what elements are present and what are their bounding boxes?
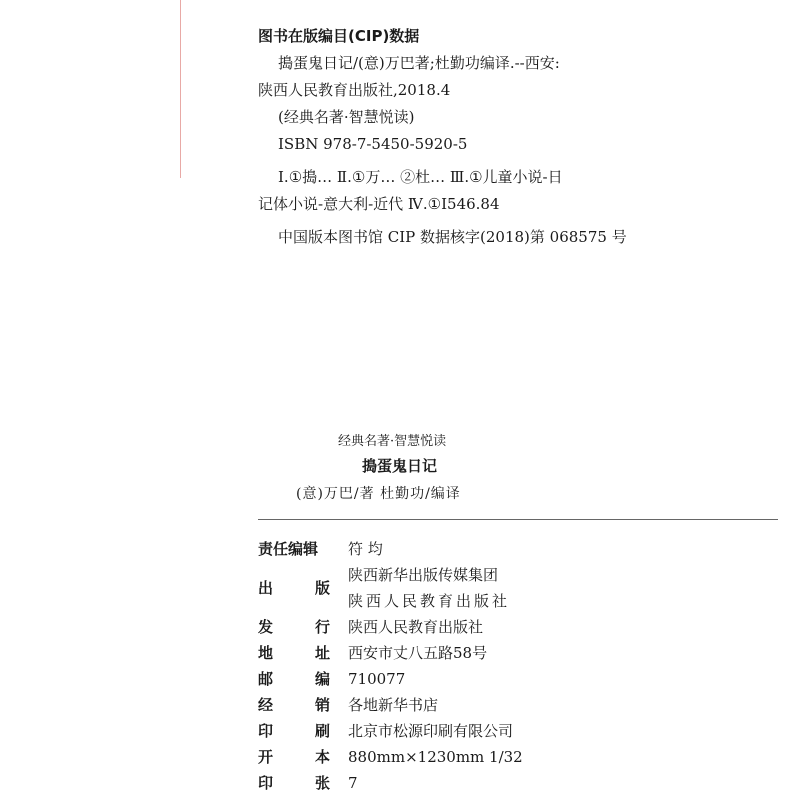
row-postcode: 邮编 710077 — [258, 666, 523, 692]
cip-line: (经典名著·智慧悦读) — [258, 104, 708, 131]
cip-title: 图书在版编目(CIP)数据 — [258, 22, 708, 50]
row-printer: 印刷 北京市松源印刷有限公司 — [258, 718, 523, 744]
row-sheets: 印张 7 — [258, 770, 523, 796]
row-value: 陕西人民教育出版社 — [348, 588, 510, 614]
row-format: 开本 880mm×1230mm 1/32 — [258, 744, 523, 770]
row-editor: 责任编辑 符 均 — [258, 536, 523, 562]
book-title: 搗蛋鬼日记 — [362, 455, 437, 476]
cip-line: 记体小说-意大利-近代 Ⅳ.①I546.84 — [258, 191, 708, 218]
cip-line: Ⅰ.①搗… Ⅱ.①万… ②杜… Ⅲ.①儿童小说-日 — [258, 164, 708, 191]
row-seller: 经销 各地新华书店 — [258, 692, 523, 718]
authors: (意)万巴/著 杜勤功/编译 — [296, 483, 461, 503]
row-label: 出版 — [258, 575, 330, 601]
row-distributor: 发行 陕西人民教育出版社 — [258, 614, 523, 640]
cip-line: 搗蛋鬼日记/(意)万巴著;杜勤功编译.--西安: — [258, 50, 708, 77]
row-publisher: 出版 陕西新华出版传媒集团 陕西人民教育出版社 — [258, 562, 523, 614]
colophon-table: 责任编辑 符 均 出版 陕西新华出版传媒集团 陕西人民教育出版社 发行 陕西人民… — [258, 536, 523, 796]
series-name: 经典名著·智慧悦读 — [338, 430, 446, 449]
divider — [258, 519, 778, 520]
row-address: 地址 西安市丈八五路58号 — [258, 640, 523, 666]
cip-line: 陕西人民教育出版社,2018.4 — [258, 77, 708, 104]
cip-line: ISBN 978-7-5450-5920-5 — [258, 131, 708, 158]
cip-block: 图书在版编目(CIP)数据 搗蛋鬼日记/(意)万巴著;杜勤功编译.--西安: 陕… — [258, 22, 708, 251]
row-value: 陕西新华出版传媒集团 — [348, 562, 510, 588]
row-label: 责任编辑 — [258, 536, 330, 562]
cip-line: 中国版本图书馆 CIP 数据核字(2018)第 068575 号 — [258, 224, 708, 251]
margin-rule — [180, 0, 181, 178]
row-value: 符 均 — [348, 536, 383, 562]
